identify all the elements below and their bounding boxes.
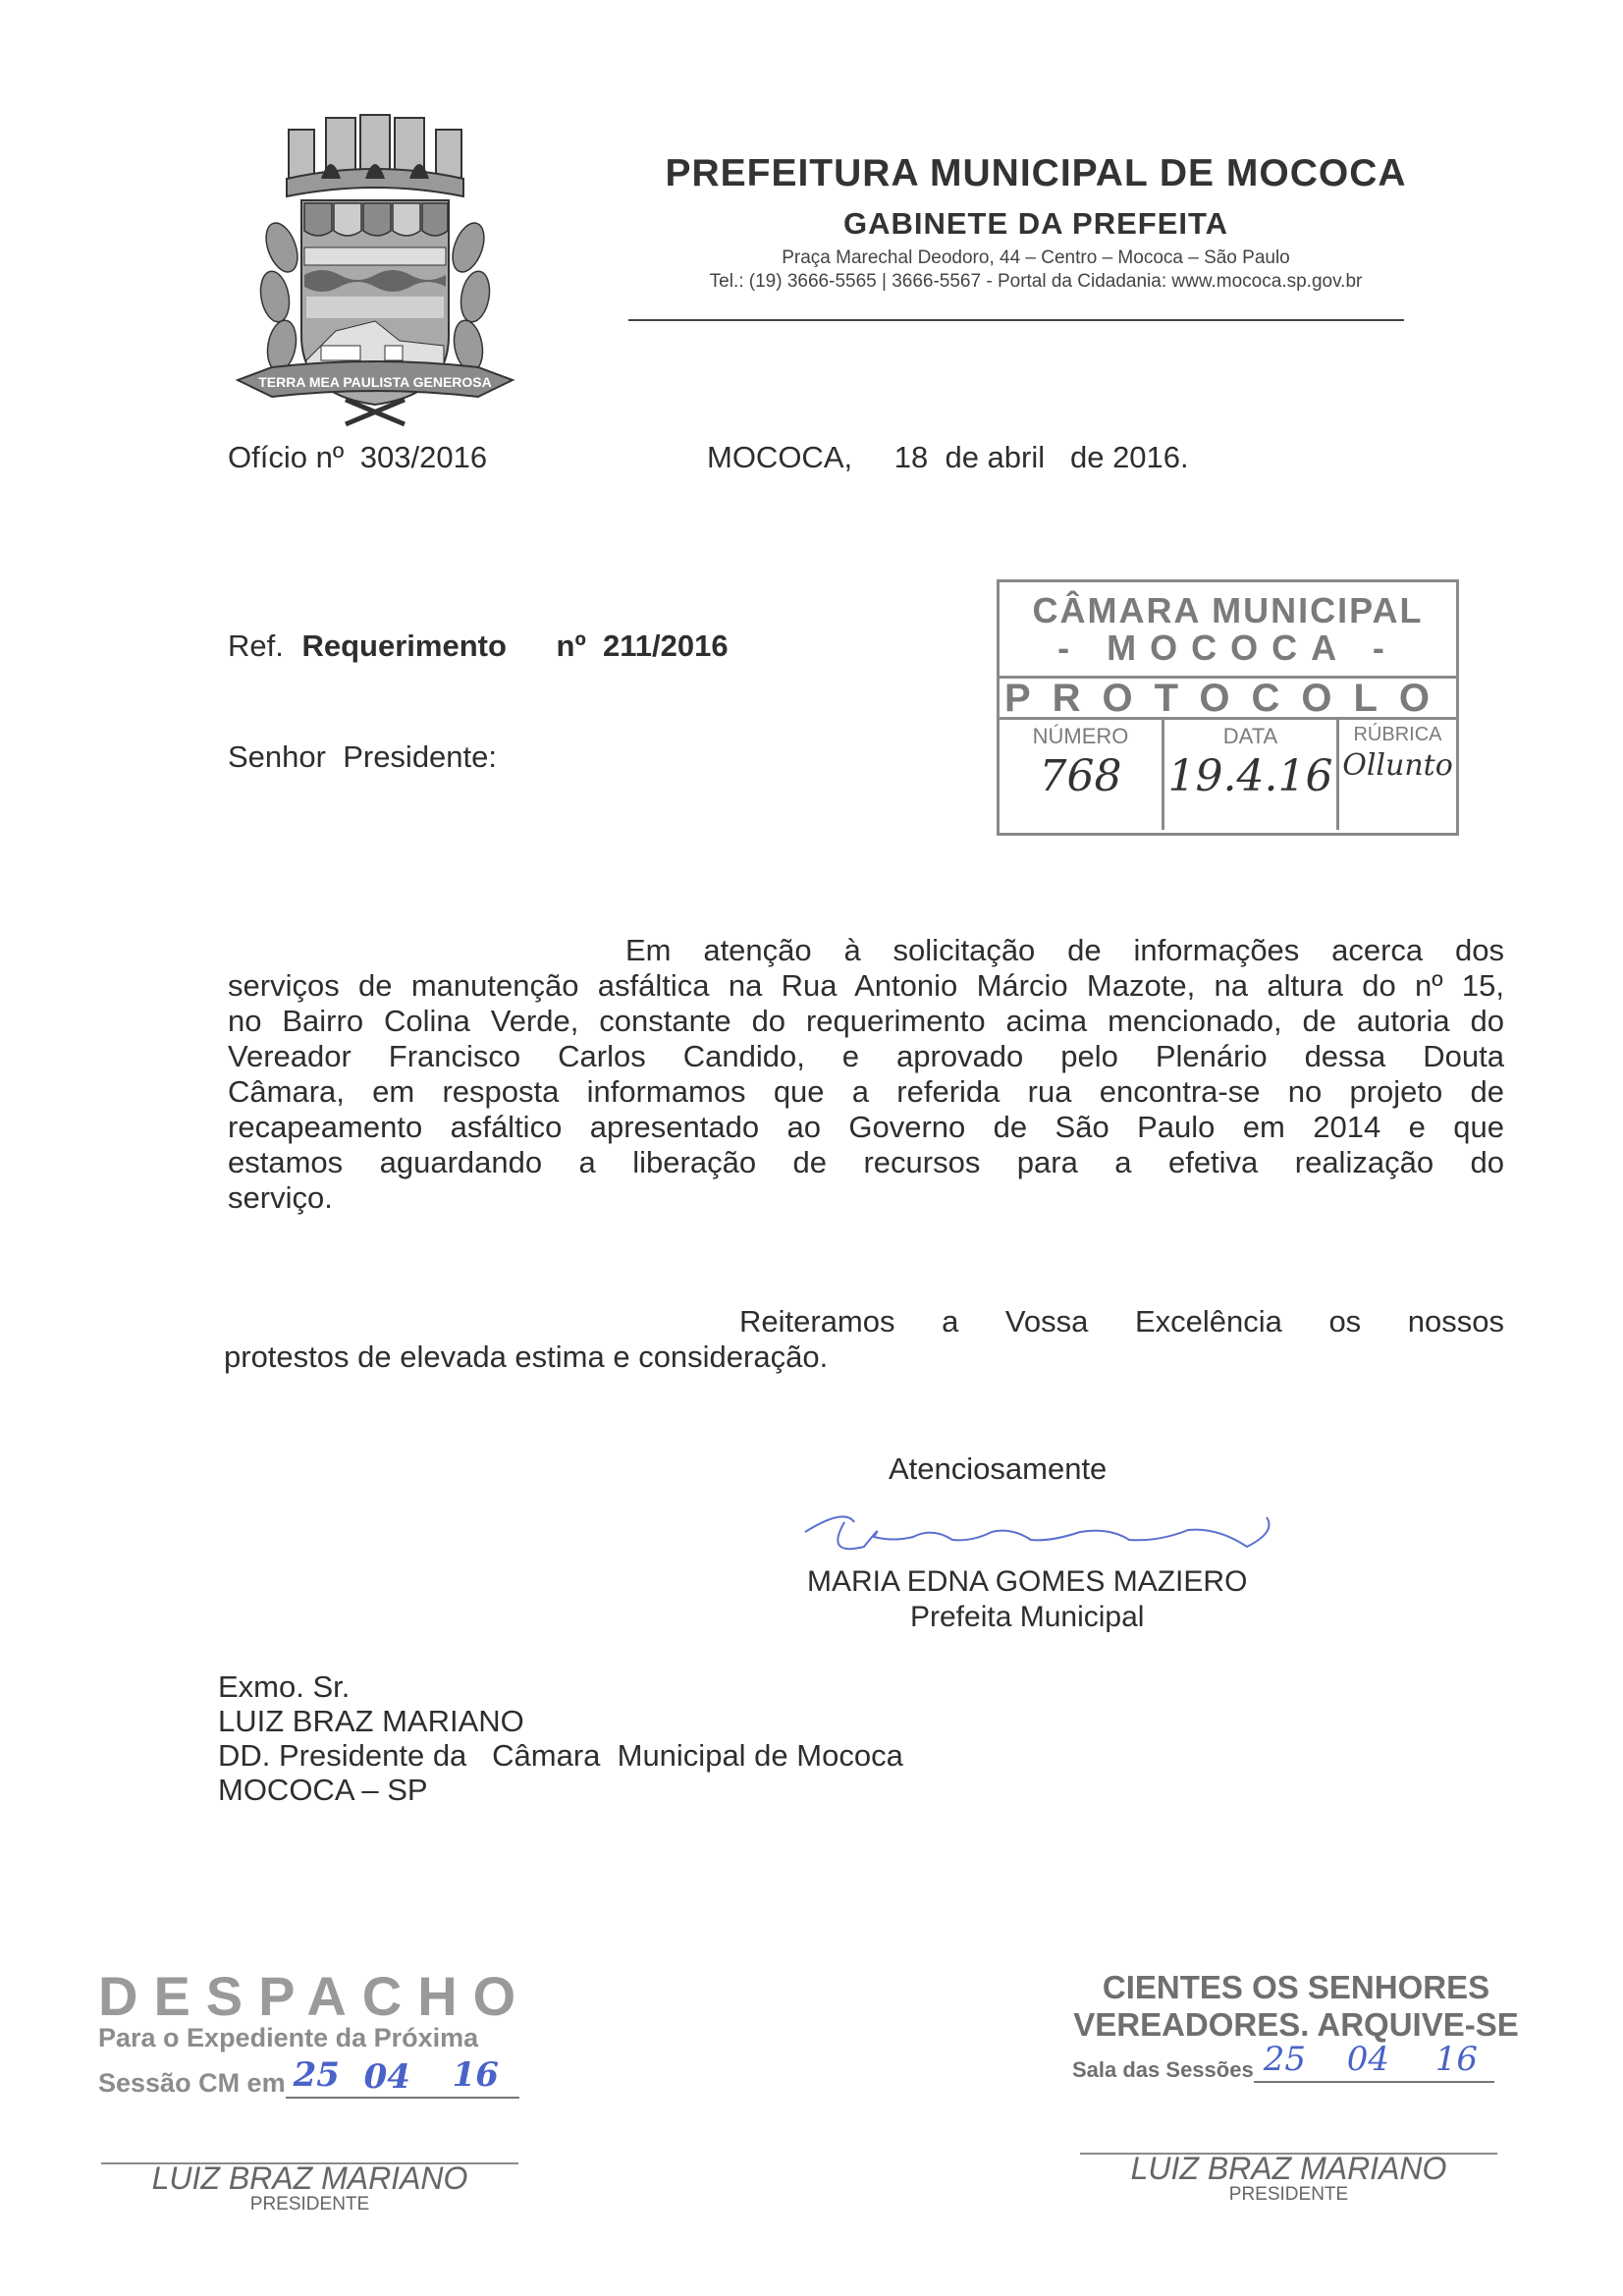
header-address: Praça Marechal Deodoro, 44 – Centro – Mo…: [628, 247, 1443, 269]
stamp-protocol: PROTOCOLO: [1000, 678, 1456, 720]
despacho-title: DESPACHO: [98, 1964, 531, 2028]
paragraph-2: Reiteramos a Vossa Excelência os nossos …: [224, 1304, 1504, 1375]
despacho-session: Sessão CM em 25 04 16: [98, 2068, 519, 2099]
paragraph-line: Em atenção à solicitação de informações …: [228, 933, 1504, 968]
paragraph-line: estamos aguardando a liberação de recurs…: [228, 1145, 1504, 1180]
letter-date: MOCOCA, 18 de abril de 2016.: [707, 440, 1189, 475]
archive-session: Sala das Sessões 25 04 16: [1072, 2057, 1494, 2083]
crest-motto: TERRA MEA PAULISTA GENEROSA: [258, 374, 492, 390]
archive-session-label: Sala das Sessões: [1072, 2057, 1254, 2082]
signature-icon: [785, 1503, 1296, 1561]
place: MOCOCA,: [707, 440, 852, 474]
paragraph-line: Reiteramos a Vossa Excelência os nossos: [224, 1304, 1504, 1339]
archive-name: LUIZ BRAZ MARIANO: [1080, 2151, 1497, 2187]
archive-line1: CIENTES OS SENHORES: [1070, 1969, 1522, 2006]
paragraph-line: no Bairro Colina Verde, constante do req…: [228, 1004, 1504, 1039]
despacho-year: 16: [453, 2055, 499, 2095]
paragraph-line: protestos de elevada estima e consideraç…: [224, 1339, 1504, 1375]
archive-role: PRESIDENTE: [1080, 2184, 1497, 2206]
despacho-line1: Para o Expediente da Próxima: [98, 2023, 478, 2053]
recipient-city: MOCOCA – SP: [218, 1773, 903, 1807]
salutation: Senhor Presidente:: [228, 739, 497, 775]
paragraph-line: Câmara, em resposta informamos que a ref…: [228, 1074, 1504, 1110]
archive-line2: VEREADORES. ARQUIVE-SE: [1070, 2006, 1522, 2044]
signer-role: Prefeita Municipal: [910, 1601, 1144, 1634]
ref-number: nº 211/2016: [557, 629, 729, 663]
despacho-name: LUIZ BRAZ MARIANO: [101, 2160, 518, 2197]
reference: Ref. Requerimento nº 211/2016: [228, 629, 729, 664]
paragraph-line: recapeamento asfáltico apresentado ao Go…: [228, 1110, 1504, 1145]
paragraph-line: Vereador Francisco Carlos Candido, e apr…: [228, 1039, 1504, 1074]
archive-day: 25: [1264, 2040, 1306, 2079]
stamp-city: - MOCOCA -: [1000, 628, 1456, 669]
header-divider: [628, 319, 1404, 321]
recipient-block: Exmo. Sr. LUIZ BRAZ MARIANO DD. Presiden…: [218, 1669, 903, 1807]
date: 18 de abril de 2016.: [894, 440, 1189, 474]
protocol-stamp: CÂMARA MUNICIPAL - MOCOCA - PROTOCOLO NÚ…: [997, 579, 1459, 836]
municipal-coat-of-arms-icon: TERRA MEA PAULISTA GENEROSA: [228, 110, 522, 429]
stamp-date-cell: DATA 19.4.16: [1164, 720, 1339, 830]
stamp-date-value: 19.4.16: [1164, 751, 1336, 801]
stamp-number-label: NÚMERO: [1000, 724, 1162, 749]
oficio-value: 303/2016: [360, 440, 487, 474]
stamp-number-value: 768: [1000, 751, 1162, 801]
despacho-day: 25: [294, 2055, 340, 2095]
stamp-chamber: CÂMARA MUNICIPAL: [1000, 590, 1456, 631]
paragraph-1: Em atenção à solicitação de informações …: [228, 933, 1504, 1216]
stamp-rubrica-cell: RÚBRICA Ollunto: [1339, 720, 1456, 830]
oficio-label: Ofício nº: [228, 440, 344, 474]
page-title: PREFEITURA MUNICIPAL DE MOCOCA: [628, 152, 1443, 195]
page-subtitle: GABINETE DA PREFEITA: [628, 206, 1443, 242]
recipient-name: LUIZ BRAZ MARIANO: [218, 1704, 903, 1738]
signer-name: MARIA EDNA GOMES MAZIERO: [807, 1565, 1247, 1599]
recipient-position: DD. Presidente da Câmara Municipal de Mo…: [218, 1738, 903, 1773]
stamp-rubrica-signature: Ollunto: [1339, 748, 1456, 783]
stamp-date-label: DATA: [1164, 724, 1336, 749]
archive-month: 04: [1347, 2040, 1389, 2079]
despacho-role: PRESIDENTE: [101, 2194, 518, 2215]
paragraph-line: serviço.: [228, 1180, 1504, 1216]
stamp-rubrica-label: RÚBRICA: [1339, 724, 1456, 746]
oficio-number: Ofício nº 303/2016: [228, 440, 487, 475]
closing: Atenciosamente: [889, 1451, 1107, 1487]
header-contact: Tel.: (19) 3666-5565 | 3666-5567 - Porta…: [628, 271, 1443, 293]
despacho-session-label: Sessão CM em: [98, 2068, 286, 2098]
stamp-number-cell: NÚMERO 768: [1000, 720, 1164, 830]
despacho-month: 04: [364, 2057, 410, 2097]
paragraph-line: serviços de manutenção asfáltica na Rua …: [228, 968, 1504, 1004]
archive-year: 16: [1435, 2040, 1478, 2079]
ref-doc: Requerimento: [301, 629, 506, 663]
ref-label: Ref.: [228, 629, 284, 663]
recipient-title: Exmo. Sr.: [218, 1669, 903, 1704]
